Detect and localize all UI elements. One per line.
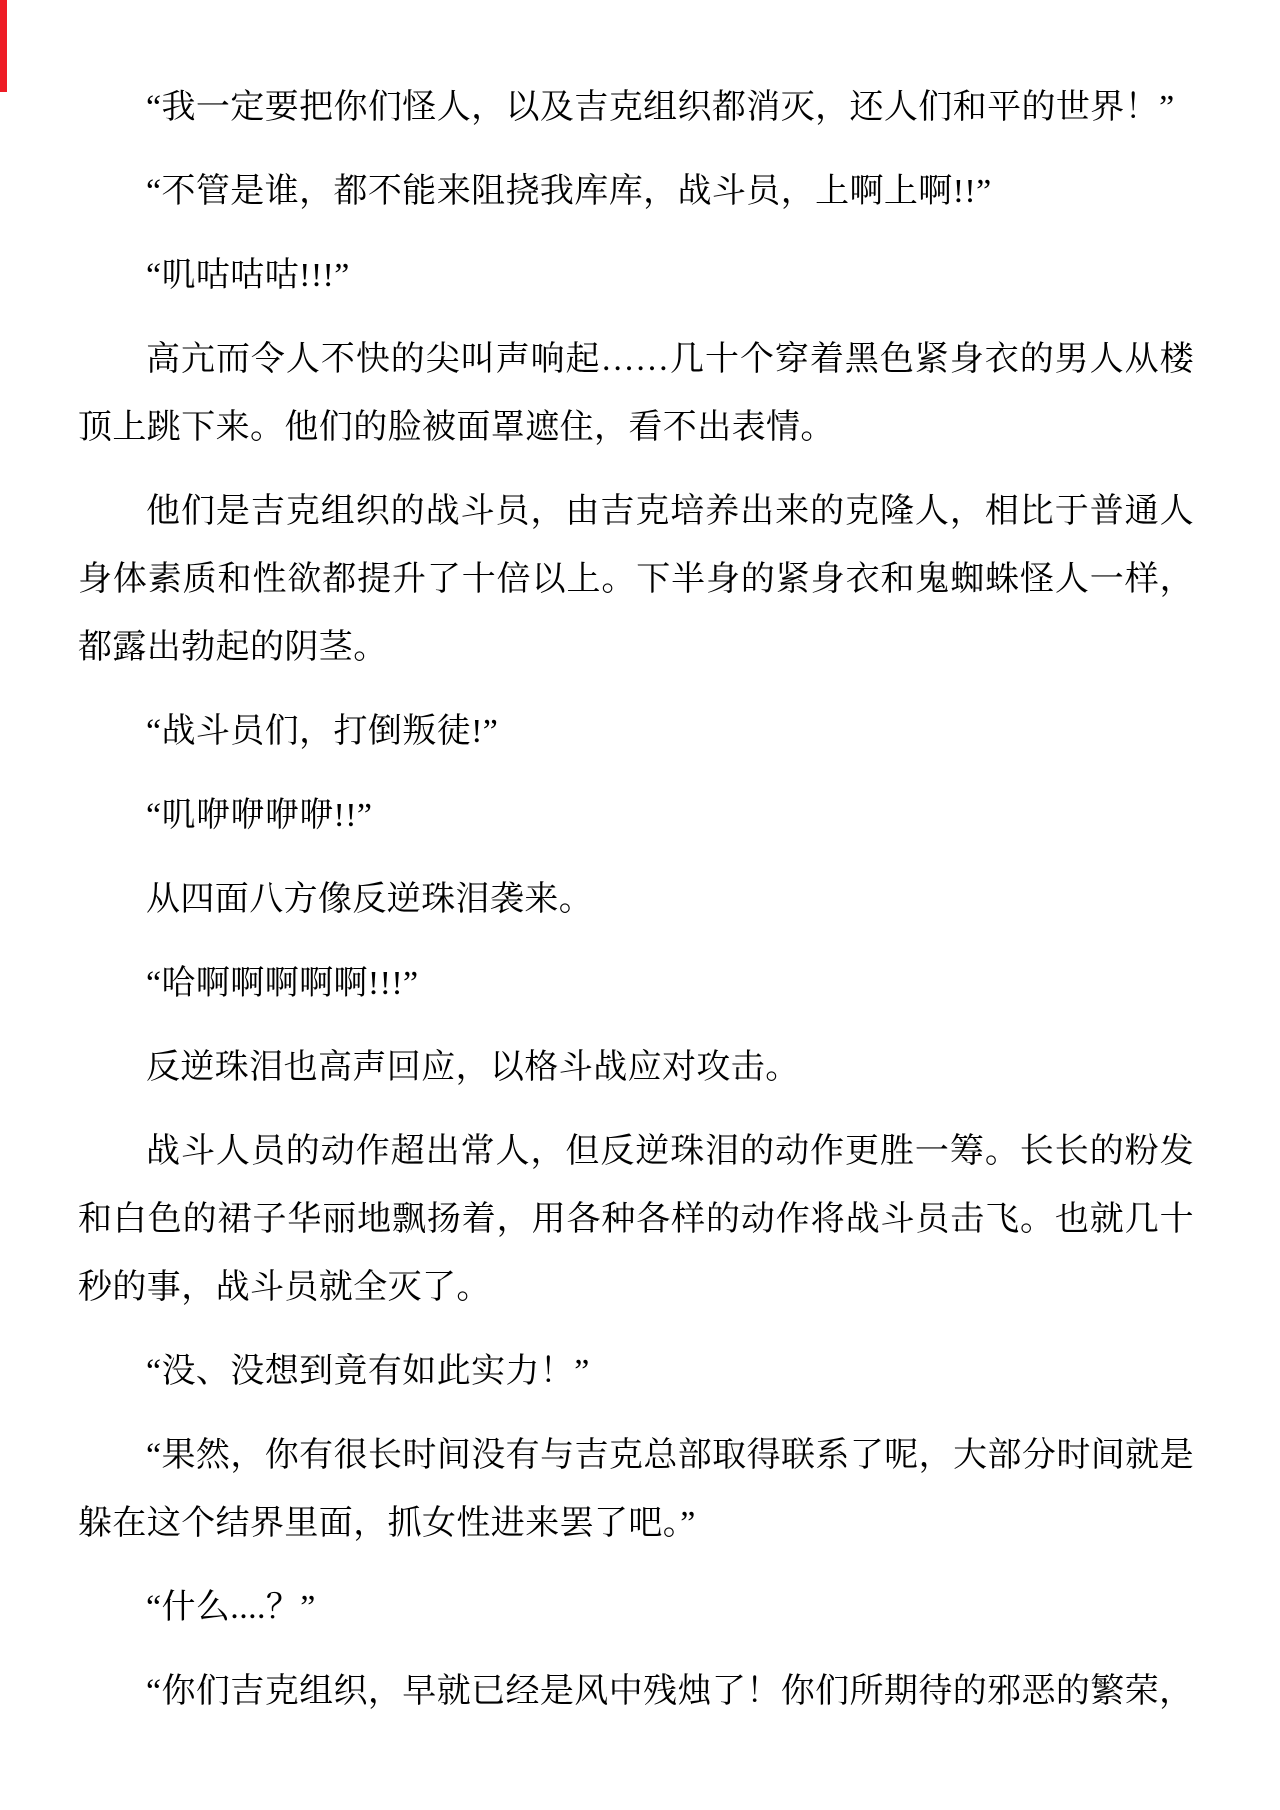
paragraph-6: “战斗员们，打倒叛徒!” bbox=[78, 698, 1194, 766]
paragraph-15: “你们吉克组织，早就已经是风中残烛了！你们所期待的邪恶的繁荣， bbox=[78, 1658, 1194, 1726]
paragraph-2: “不管是谁，都不能来阻挠我库库，战斗员，上啊上啊!!” bbox=[78, 158, 1194, 226]
paragraph-13: “果然，你有很长时间没有与吉克总部取得联系了呢，大部分时间就是躲在这个结界里面，… bbox=[78, 1422, 1194, 1558]
paragraph-5: 他们是吉克组织的战斗员，由吉克培养出来的克隆人，相比于普通人身体素质和性欲都提升… bbox=[78, 478, 1194, 682]
page-edge-marker bbox=[0, 0, 7, 92]
document-page: “我一定要把你们怪人，以及吉克组织都消灭，还人们和平的世界！” “不管是谁，都不… bbox=[0, 0, 1280, 1726]
paragraph-1: “我一定要把你们怪人，以及吉克组织都消灭，还人们和平的世界！” bbox=[78, 74, 1194, 142]
paragraph-11: 战斗人员的动作超出常人，但反逆珠泪的动作更胜一筹。长长的粉发和白色的裙子华丽地飘… bbox=[78, 1118, 1194, 1322]
paragraph-12: “没、没想到竟有如此实力！” bbox=[78, 1338, 1194, 1406]
paragraph-4: 高亢而令人不快的尖叫声响起……几十个穿着黑色紧身衣的男人从楼顶上跳下来。他们的脸… bbox=[78, 326, 1194, 462]
paragraph-3: “叽咕咕咕!!!” bbox=[78, 242, 1194, 310]
paragraph-10: 反逆珠泪也高声回应，以格斗战应对攻击。 bbox=[78, 1034, 1194, 1102]
paragraph-8: 从四面八方像反逆珠泪袭来。 bbox=[78, 866, 1194, 934]
paragraph-7: “叽咿咿咿咿!!” bbox=[78, 782, 1194, 850]
paragraph-14: “什么....？” bbox=[78, 1574, 1194, 1642]
paragraph-9: “哈啊啊啊啊啊!!!” bbox=[78, 950, 1194, 1018]
